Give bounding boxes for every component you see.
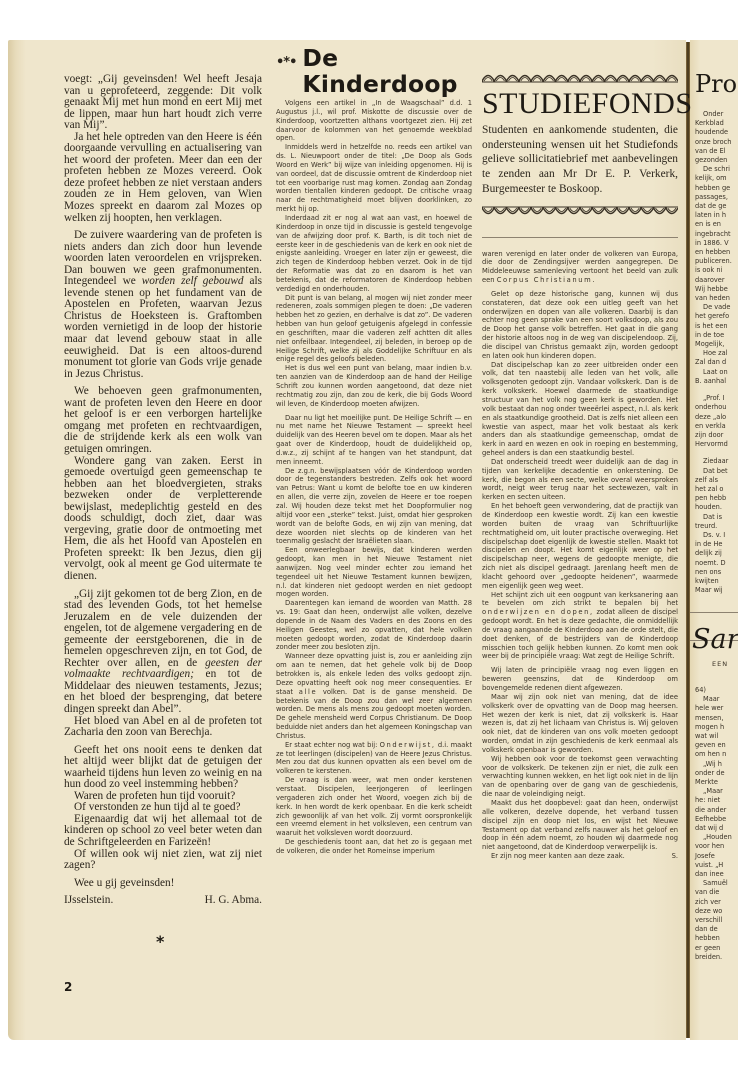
paragraph: Het bloed van Abel en al de profeten tot… [64,716,262,739]
text-line: zijn door [695,431,738,440]
text-line: onderhou [695,403,738,412]
text-line: Josefe [695,852,738,861]
text-line: voor hen [695,842,738,851]
article-kinderdoop-title: De Kinderdoop [302,45,472,97]
paragraph: Maar wij zijn ook niet van mening, dat d… [482,693,678,755]
text-line: hebben ge [695,184,738,193]
paragraph: Inderdaad zit er nog al wat aan vast, en… [276,214,472,294]
text-line: Mogelijk, [695,340,738,349]
paragraph: voegt: „Gij geveinsden! Wel heeft Jesaja… [64,74,262,132]
text-line: onze broch [695,138,738,147]
text-line: B. aanhal [695,377,738,386]
spaced-emphasis: Corpus Christianum. [497,276,596,284]
text-line: onder de [695,769,738,778]
ornament-border-top [482,70,678,84]
text-line: De schri [695,165,738,174]
right-page-text-bottom: 64)Maarhele wermensen,mogen hwat wilgeve… [695,686,738,962]
text-line: het gerefo [695,312,738,321]
text-line: in 1886. V [695,239,738,248]
text-line: en is en [695,220,738,229]
paragraph: Gelet op deze historische gang, kunnen w… [482,290,678,361]
signature-place: IJsselstein. [64,895,113,907]
section-separator-asterisk: * [156,932,164,951]
text-line: hele wer [695,704,738,713]
closing-line: Er zijn nog meer kanten aan deze zaak. [482,852,625,861]
paragraph: Wondere gang van zaken. Eerst in gemoede… [64,456,262,583]
text-line: „Prof. I [695,394,738,403]
paragraph: waren verenigd en later onder de volkere… [482,250,678,285]
paragraph: Daarentegen kan iemand de woorden van Ma… [276,599,472,652]
right-page-text-top: OnderKerkbladhoudendeonze brochvan de El… [695,110,738,595]
text-line: „Houden [695,833,738,842]
paragraph: Maakt dus het doopbevel: gaat dan heen, … [482,799,678,852]
article-kinderdoop-continued-body: waren verenigd en later onder de volkere… [482,250,678,853]
text-line: Hervormd [695,440,738,449]
article-prophets-column: voegt: „Gij geveinsden! Wel heeft Jesaja… [64,74,262,907]
magazine-page-right: Pro OnderKerkbladhoudendeonze brochvan d… [690,40,738,1040]
article-kinderdoop-column: •*• De Kinderdoop Volgens een artikel in… [276,45,472,856]
paragraph: Volgens een artikel in „In de Waagschaal… [276,99,472,143]
studiefonds-and-continuation-column: STUDIEFONDS Studenten en aankomende stud… [482,70,678,861]
text-line: zelf als [695,476,738,485]
paragraph: De vraag is dan weer, wat men onder kers… [276,776,472,838]
text-line: „Maar [695,787,738,796]
text-line: die ander [695,806,738,815]
text-line: in de toe [695,331,738,340]
text-line: kelijk, om [695,174,738,183]
emphasis: geesten der volmaakte rechtvaardigen; [64,657,262,681]
text-line: Maar [695,695,738,704]
article-kinderdoop-header: •*• De Kinderdoop [276,45,472,97]
text-line: het zal o [695,485,738,494]
text-line: dan de [695,925,738,934]
text-line: gezonden [695,156,738,165]
text-line: delijk zij [695,549,738,558]
text-line: houden. [695,503,738,512]
text-line: Merkte [695,778,738,787]
text-line: Onder [695,110,738,119]
signature-author: H. G. Abma. [205,895,262,907]
text-line: passages, [695,193,738,202]
right-page-subtitle-fragment: EEN [712,660,728,668]
text-line: ingebracht [695,230,738,239]
text-line: deze wo [695,907,738,916]
paragraph: Wee u gij geveinsden! [64,878,262,890]
paragraph: Dat onderscheid treedt weer duidelijk aa… [482,458,678,502]
right-page-title-fragment: Pro [695,70,738,98]
right-page-title2-fragment: Sar [692,624,738,655]
paragraph: We behoeven geen grafmonumenten, want de… [64,386,262,455]
text-line: he: niet [695,796,738,805]
title-ornament-icon: •*• [276,55,296,70]
text-line: is ook ni [695,266,738,275]
text-line: mogen h [695,723,738,732]
text-line: laten in h [695,211,738,220]
text-line: er geen [695,944,738,953]
paragraph: Geeft het ons nooit eens te denken dat h… [64,745,262,791]
text-line: treurd. [695,522,738,531]
text-line: Dat is [695,513,738,522]
paragraph: Eigenaardig dat wij het allemaal tot de … [64,814,262,849]
right-page-rule [690,612,738,613]
text-line: deze „alo [695,413,738,422]
text-line: Hoe zal [695,349,738,358]
text-line: Eefhebbe [695,815,738,824]
paragraph: Wij hebben ook voor de toekomst geen ver… [482,755,678,799]
text-line: mensen, [695,714,738,723]
text-line: Maar wij [695,586,738,595]
paragraph: Daar nu ligt het moeilijke punt. De Heil… [276,414,472,467]
paragraph: Dit punt is van belang, al mogen wij nie… [276,294,472,365]
text-line: vuist. „H [695,861,738,870]
kinderdoop-closing: Er zijn nog meer kanten aan deze zaak. S… [482,852,678,861]
paragraph: Dat discipelschap kan zo zeer uitbreiden… [482,361,678,458]
paragraph: En het behoeft geen verwondering, dat de… [482,502,678,590]
text-line: nen ons [695,568,738,577]
spaced-emphasis: onderwijzen en dopen, [482,608,594,616]
paragraph: Het is dus wel een punt van belang, maar… [276,364,472,408]
text-line: zich ver [695,898,738,907]
text-line: en hebben [695,248,738,257]
text-line: houdende [695,128,738,137]
paragraph: Wij laten de principiële vraag nog even … [482,666,678,693]
text-line: van de El [695,147,738,156]
text-line: in de He [695,540,738,549]
text-line: daarover [695,276,738,285]
paragraph: Wanneer deze opvatting juist is, zou er … [276,652,472,740]
text-line: wat wil [695,732,738,741]
text-line: publiceren. [695,257,738,266]
paragraph: Er staat echter nog wat bij: Onderwijst,… [276,741,472,776]
emphasis: worden zelf gebouwd [142,275,244,287]
closing-signature: S. [672,852,678,861]
studiefonds-body: Studenten en aankomende studenten, die o… [482,123,678,197]
paragraph: „Gij zijt gekomen tot de berg Zion, en d… [64,589,262,716]
paragraph: Ja het hele optreden van den Heere is éé… [64,132,262,224]
text-line: breiden. [695,953,738,962]
text-line: Ds. v. I [695,531,738,540]
text-line: dat de ge [695,202,738,211]
paragraph: De z.g.n. bewijsplaatsen vóór de Kinderd… [276,467,472,547]
article-prophets-body: voegt: „Gij geveinsden! Wel heeft Jesaja… [64,74,262,889]
text-line: en verkla [695,422,738,431]
text-line: kwijten [695,577,738,586]
text-line: dat wij d [695,824,738,833]
text-line: hebben [695,934,738,943]
text-line: noemt. D [695,559,738,568]
spaced-emphasis: Onderwijst, [380,741,436,749]
ornament-border-bottom [482,205,678,219]
text-line: pen hebb [695,494,738,503]
article-kinderdoop-body: Volgens een artikel in „In de Waagschaal… [276,99,472,856]
text-line: van heden [695,294,738,303]
text-line: Wij hebbe [695,285,738,294]
text-line: 64) [695,686,738,695]
paragraph: De zuivere waardering van de profeten is… [64,230,262,380]
text-line: is het een [695,322,738,331]
spaced-emphasis: alle [299,688,317,696]
article-signature: IJsselstein. H. G. Abma. [64,895,262,907]
paragraph: Het schijnt zich uit een oogpunt van ker… [482,591,678,662]
text-line: Zal dan d [695,358,738,367]
text-line: Laat on [695,368,738,377]
text-line: Kerkblad [695,119,738,128]
text-line: Ziedaar [695,457,738,466]
text-line: om hen n [695,750,738,759]
paragraph: De geschiedenis toont aan, dat het zo is… [276,838,472,856]
page-number: 2 [64,980,72,994]
text-line: geven en [695,741,738,750]
section-divider [482,237,678,238]
text-line: Samuël [695,879,738,888]
text-line: verschill [695,916,738,925]
studiefonds-title: STUDIEFONDS [482,88,678,120]
text-line: Dat bet [695,467,738,476]
text-line: dan inee [695,870,738,879]
text-line: De vade [695,303,738,312]
paragraph: Een onweerlegbaar bewijs, dat kinderen w… [276,546,472,599]
paragraph: Inmiddels werd in hetzelfde no. reeds ee… [276,143,472,214]
paragraph: Of willen ook wij niet zien, wat zij nie… [64,849,262,872]
text-line: van die [695,888,738,897]
text-line: „Wij h [695,760,738,769]
